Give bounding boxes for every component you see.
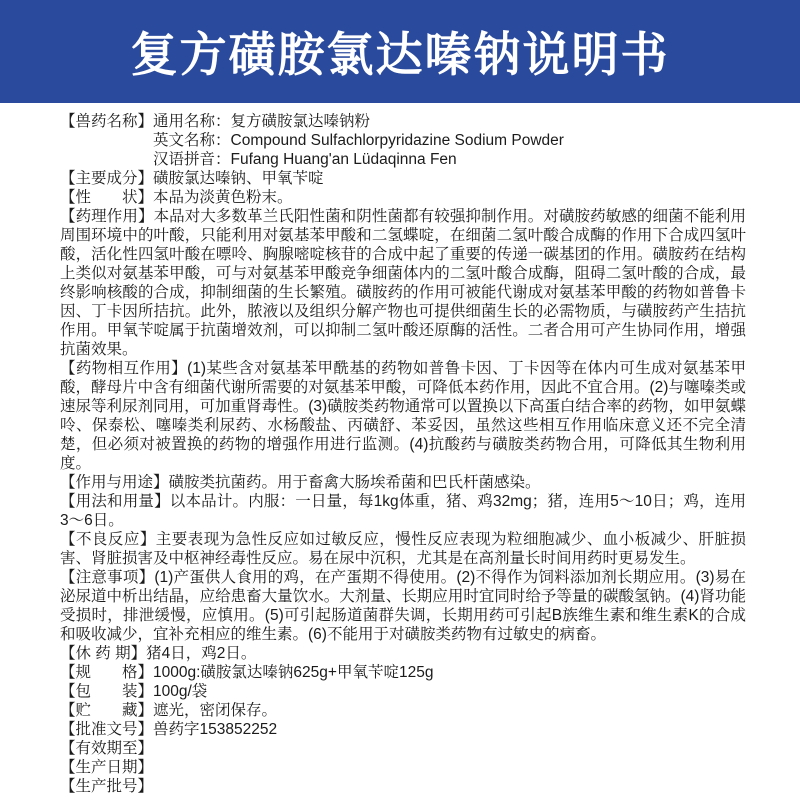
section-text: 1000g:磺胺氯达嗪钠625g+甲氧苄啶125g: [153, 664, 433, 681]
section-label: 【规 格】: [60, 664, 153, 681]
section-adverse-reactions: 【不良反应】主要表现为急性反应如过敏反应，慢性反应表现为粒细胞减少、血小板减少、…: [60, 530, 746, 568]
leaflet-page: 复方磺胺氯达嗪钠说明书 【兽药名称】通用名称：复方磺胺氯达嗪钠粉英文名称：Com…: [0, 0, 800, 800]
section-main-ingredients: 【主要成分】磺胺氯达嗪钠、甲氧苄啶: [60, 169, 746, 188]
section-label: 【生产日期】: [60, 759, 153, 776]
leaflet-header: 复方磺胺氯达嗪钠说明书: [0, 0, 800, 103]
section-dosage: 【用法和用量】以本品计。内服：一日量，每1kg体重，猪、鸡32mg；猪，连用5～…: [60, 492, 746, 530]
leaflet-body: 【兽药名称】通用名称：复方磺胺氯达嗪钠粉英文名称：Compound Sulfac…: [0, 103, 800, 796]
section-pharmacology: 【药理作用】本品对大多数革兰氏阳性菌和阴性菌都有较强抑制作用。对磺胺药敏感的细菌…: [60, 207, 746, 359]
section-label: 【不良反应】: [60, 531, 156, 548]
section-text: 本品为淡黄色粉末。: [153, 189, 293, 206]
section-production-date: 【生产日期】: [60, 758, 746, 777]
section-text: 主要表现为急性反应如过敏反应，慢性反应表现为粒细胞减少、血小板减少、肝脏损害、肾…: [60, 531, 746, 567]
section-label: 【包 装】: [60, 683, 153, 700]
section-label: 【主要成分】: [60, 170, 153, 187]
section-expiry-date: 【有效期至】: [60, 739, 746, 758]
section-label: 【注意事项】: [60, 569, 154, 586]
section-label: 【药物相互作用】: [60, 360, 187, 377]
section-label: 【生产批号】: [60, 778, 153, 795]
section-label: 【批准文号】: [60, 721, 153, 738]
section-label: 【作用与用途】: [60, 474, 169, 491]
section-text: (1)产蛋供人食用的鸡，在产蛋期不得使用。(2)不得作为饲料添加剂长期应用。(3…: [60, 569, 746, 643]
section-text-line: 英文名称：Compound Sulfachlorpyridazine Sodiu…: [153, 131, 746, 150]
section-withdrawal-period: 【休 药 期】猪4日，鸡2日。: [60, 644, 746, 663]
section-indications: 【作用与用途】磺胺类抗菌药。用于畜禽大肠埃希菌和巴氏杆菌感染。: [60, 473, 746, 492]
section-text: 本品对大多数革兰氏阳性菌和阴性菌都有较强抑制作用。对磺胺药敏感的细菌不能利用周围…: [60, 208, 746, 358]
section-packaging: 【包 装】100g/袋: [60, 682, 746, 701]
section-text-line: 通用名称：复方磺胺氯达嗪钠粉: [153, 113, 370, 130]
section-text-line: 汉语拼音：Fufang Huang'an Lüdaqinna Fen: [153, 150, 746, 169]
section-text: 遮光，密闭保存。: [153, 702, 277, 719]
section-text: 兽药字153852252: [153, 721, 277, 738]
section-text: 磺胺氯达嗪钠、甲氧苄啶: [153, 170, 324, 187]
section-label: 【药理作用】: [60, 208, 154, 225]
section-label: 【性 状】: [60, 189, 153, 206]
section-label: 【用法和用量】: [60, 493, 170, 510]
section-text: 磺胺类抗菌药。用于畜禽大肠埃希菌和巴氏杆菌感染。: [169, 474, 541, 491]
section-label: 【有效期至】: [60, 740, 153, 757]
section-storage: 【贮 藏】遮光，密闭保存。: [60, 701, 746, 720]
section-description: 【性 状】本品为淡黄色粉末。: [60, 188, 746, 207]
section-drug-interactions: 【药物相互作用】(1)某些含对氨基苯甲酰基的药物如普鲁卡因、丁卡因等在体内可生成…: [60, 359, 746, 473]
section-approval-number: 【批准文号】兽药字153852252: [60, 720, 746, 739]
section-batch-number: 【生产批号】: [60, 777, 746, 796]
section-label: 【兽药名称】: [60, 113, 153, 130]
section-specification: 【规 格】1000g:磺胺氯达嗪钠625g+甲氧苄啶125g: [60, 663, 746, 682]
section-drug-name: 【兽药名称】通用名称：复方磺胺氯达嗪钠粉英文名称：Compound Sulfac…: [60, 112, 746, 169]
section-text: 100g/袋: [153, 683, 207, 700]
section-label: 【贮 藏】: [60, 702, 153, 719]
section-precautions: 【注意事项】(1)产蛋供人食用的鸡，在产蛋期不得使用。(2)不得作为饲料添加剂长…: [60, 568, 746, 644]
section-text: 猪4日，鸡2日。: [146, 645, 256, 662]
page-title: 复方磺胺氯达嗪钠说明书: [131, 18, 670, 85]
section-label: 【休 药 期】: [60, 645, 146, 662]
